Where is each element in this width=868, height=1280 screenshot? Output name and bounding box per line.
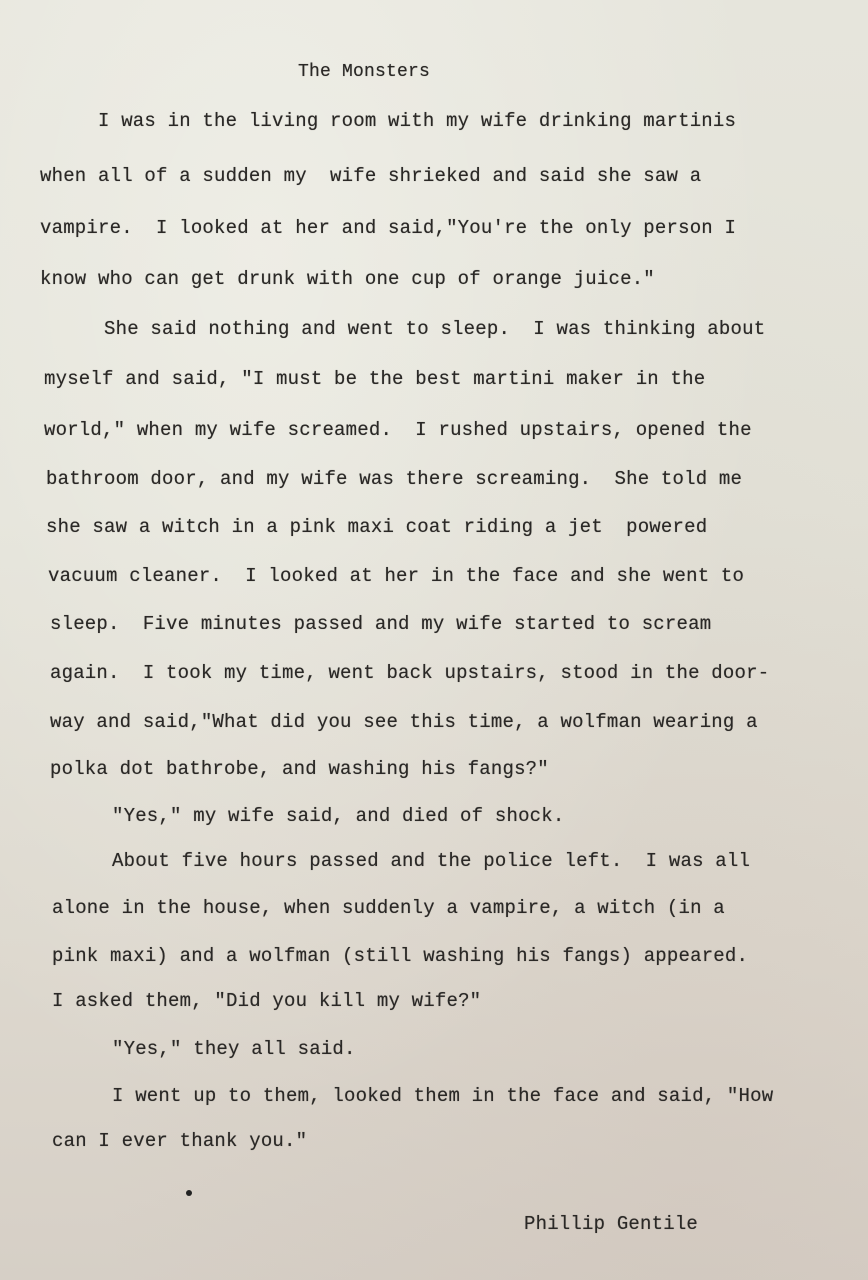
text-line: alone in the house, when suddenly a vamp…	[52, 897, 725, 919]
text-line: can I ever thank you."	[52, 1130, 307, 1152]
typewritten-page: The Monsters I was in the living room wi…	[0, 0, 868, 1280]
text-line: when all of a sudden my wife shrieked an…	[40, 165, 701, 187]
text-line: vampire. I looked at her and said,"You'r…	[40, 217, 736, 239]
text-line: "Yes," they all said.	[112, 1038, 356, 1060]
text-line: I asked them, "Did you kill my wife?"	[52, 990, 481, 1012]
ink-dot	[186, 1190, 192, 1196]
text-line: sleep. Five minutes passed and my wife s…	[50, 613, 711, 635]
text-line: world," when my wife screamed. I rushed …	[44, 419, 752, 441]
text-line: About five hours passed and the police l…	[112, 850, 750, 872]
text-line: she saw a witch in a pink maxi coat ridi…	[46, 516, 707, 538]
text-line: vacuum cleaner. I looked at her in the f…	[48, 565, 744, 587]
text-line: pink maxi) and a wolfman (still washing …	[52, 945, 748, 967]
text-line: "Yes," my wife said, and died of shock.	[112, 805, 564, 827]
text-line: again. I took my time, went back upstair…	[50, 662, 769, 684]
text-line: know who can get drunk with one cup of o…	[40, 268, 655, 290]
text-line: polka dot bathrobe, and washing his fang…	[50, 758, 549, 780]
document-title: The Monsters	[298, 62, 430, 82]
text-line: I was in the living room with my wife dr…	[98, 110, 736, 132]
text-line: myself and said, "I must be the best mar…	[44, 368, 705, 390]
author-signature: Phillip Gentile	[524, 1213, 698, 1235]
text-line: way and said,"What did you see this time…	[50, 711, 758, 733]
text-line: I went up to them, looked them in the fa…	[112, 1085, 773, 1107]
text-line: bathroom door, and my wife was there scr…	[46, 468, 742, 490]
text-line: She said nothing and went to sleep. I wa…	[104, 318, 765, 340]
